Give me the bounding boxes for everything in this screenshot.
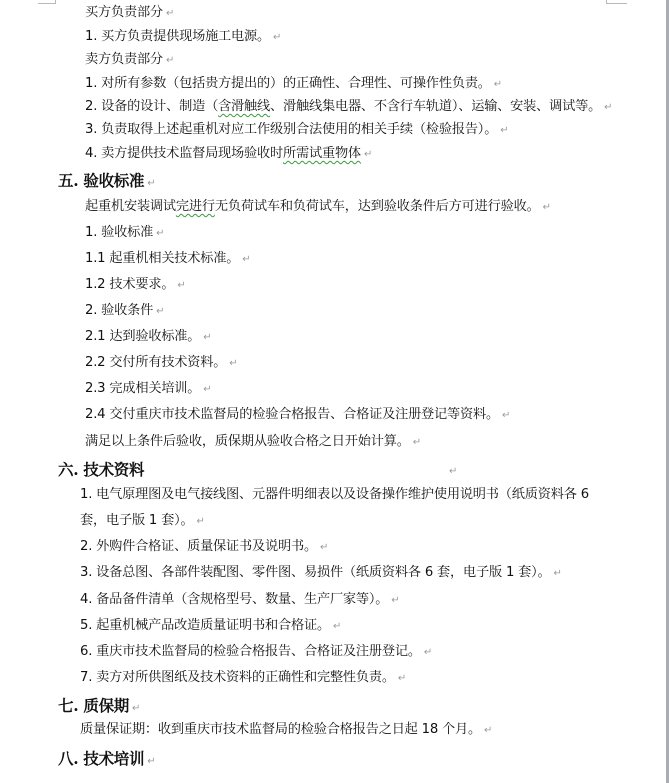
- margin-crop-mark-right: [606, 0, 627, 4]
- section5-item: 2.4 交付重庆市技术监督局的检验合格报告、合格证及注册登记等资料。↵: [85, 407, 510, 424]
- section5-item: 2.3 完成相关培训。↵: [85, 381, 211, 398]
- buyer-section-title: 买方负责部分↵: [85, 5, 174, 22]
- section5-item: 2.1 达到验收标准。↵: [85, 329, 211, 346]
- section-heading-technical-data: 六. 技术资料: [58, 461, 144, 479]
- section6-item: 7. 卖方对所供图纸及技术资料的正确性和完整性负责。↵: [80, 670, 406, 687]
- section5-item: 1. 验收标准↵: [85, 225, 164, 242]
- section5-item: 2.2 交付所有技术资料。↵: [85, 355, 237, 372]
- spellcheck-squiggle: 含滑触线: [218, 99, 270, 114]
- section5-item: 1.2 技术要求。↵: [85, 277, 186, 294]
- section6-item: 1. 电气原理图及电气接线图、元器件明细表以及设备操作维护使用说明书（纸质资料各…: [80, 487, 589, 503]
- section-heading-training: 八. 技术培训↵: [58, 750, 155, 771]
- seller-item: 3. 负责取得上述起重机对应工作级别合法使用的相关手续（检验报告）。↵: [85, 122, 508, 139]
- seller-item: 4. 卖方提供技术监督局现场验收时所需试重物体↵: [85, 146, 372, 163]
- section6-item: 5. 起重机械产品改造质量证明书和合格证。↵: [80, 618, 341, 635]
- section-heading-warranty: 七. 质保期↵: [58, 697, 140, 718]
- buyer-item: 1. 买方负责提供现场施工电源。↵: [85, 29, 281, 46]
- section6-item: 6. 重庆市技术监督局的检验合格报告、合格证及注册登记。↵: [80, 644, 432, 661]
- seller-item: 2. 设备的设计、制造（含滑触线、滑触线集电器、不含行车轨道）、运输、安装、调试…: [85, 99, 612, 116]
- spellcheck-squiggle: 所需试重物体: [283, 146, 361, 161]
- section5-item: 2. 验收条件↵: [85, 303, 164, 320]
- document-page[interactable]: 买方负责部分↵ 1. 买方负责提供现场施工电源。↵ 卖方负责部分↵ 1. 对所有…: [0, 0, 667, 783]
- section5-item: 1.1 起重机相关技术标准。↵: [85, 251, 250, 268]
- section5-closing: 满足以上条件后验收，质保期从验收合格之日开始计算。↵: [85, 434, 421, 451]
- warranty-text: 质量保证期：收到重庆市技术监督局的检验合格报告之日起 18 个月。↵: [80, 722, 492, 739]
- seller-item: 1. 对所有参数（包括贵方提出的）的正确性、合理性、可操作性负责。↵: [85, 76, 502, 93]
- section6-item: 3. 设备总图、各部件装配图、零件图、易损件（纸质资料各 6 套，电子版 1 套…: [80, 565, 562, 582]
- section6-item: 4. 备品备件清单（含规格型号、数量、生产厂家等）。↵: [80, 592, 399, 609]
- section6-item: 2. 外购件合格证、质量保证书及说明书。↵: [80, 539, 328, 556]
- section6-item-continued: 套，电子版 1 套）。↵: [80, 513, 205, 530]
- section5-intro: 起重机安装调试完进行无负荷试车和负荷试车，达到验收条件后方可进行验收。↵: [85, 199, 551, 216]
- margin-crop-mark-left: [38, 0, 56, 4]
- section-heading-acceptance: 五. 验收标准↵: [58, 172, 155, 193]
- paragraph-mark: ↵: [446, 463, 457, 480]
- seller-section-title: 卖方负责部分↵: [85, 52, 174, 69]
- spellcheck-squiggle: 完进行: [176, 199, 215, 214]
